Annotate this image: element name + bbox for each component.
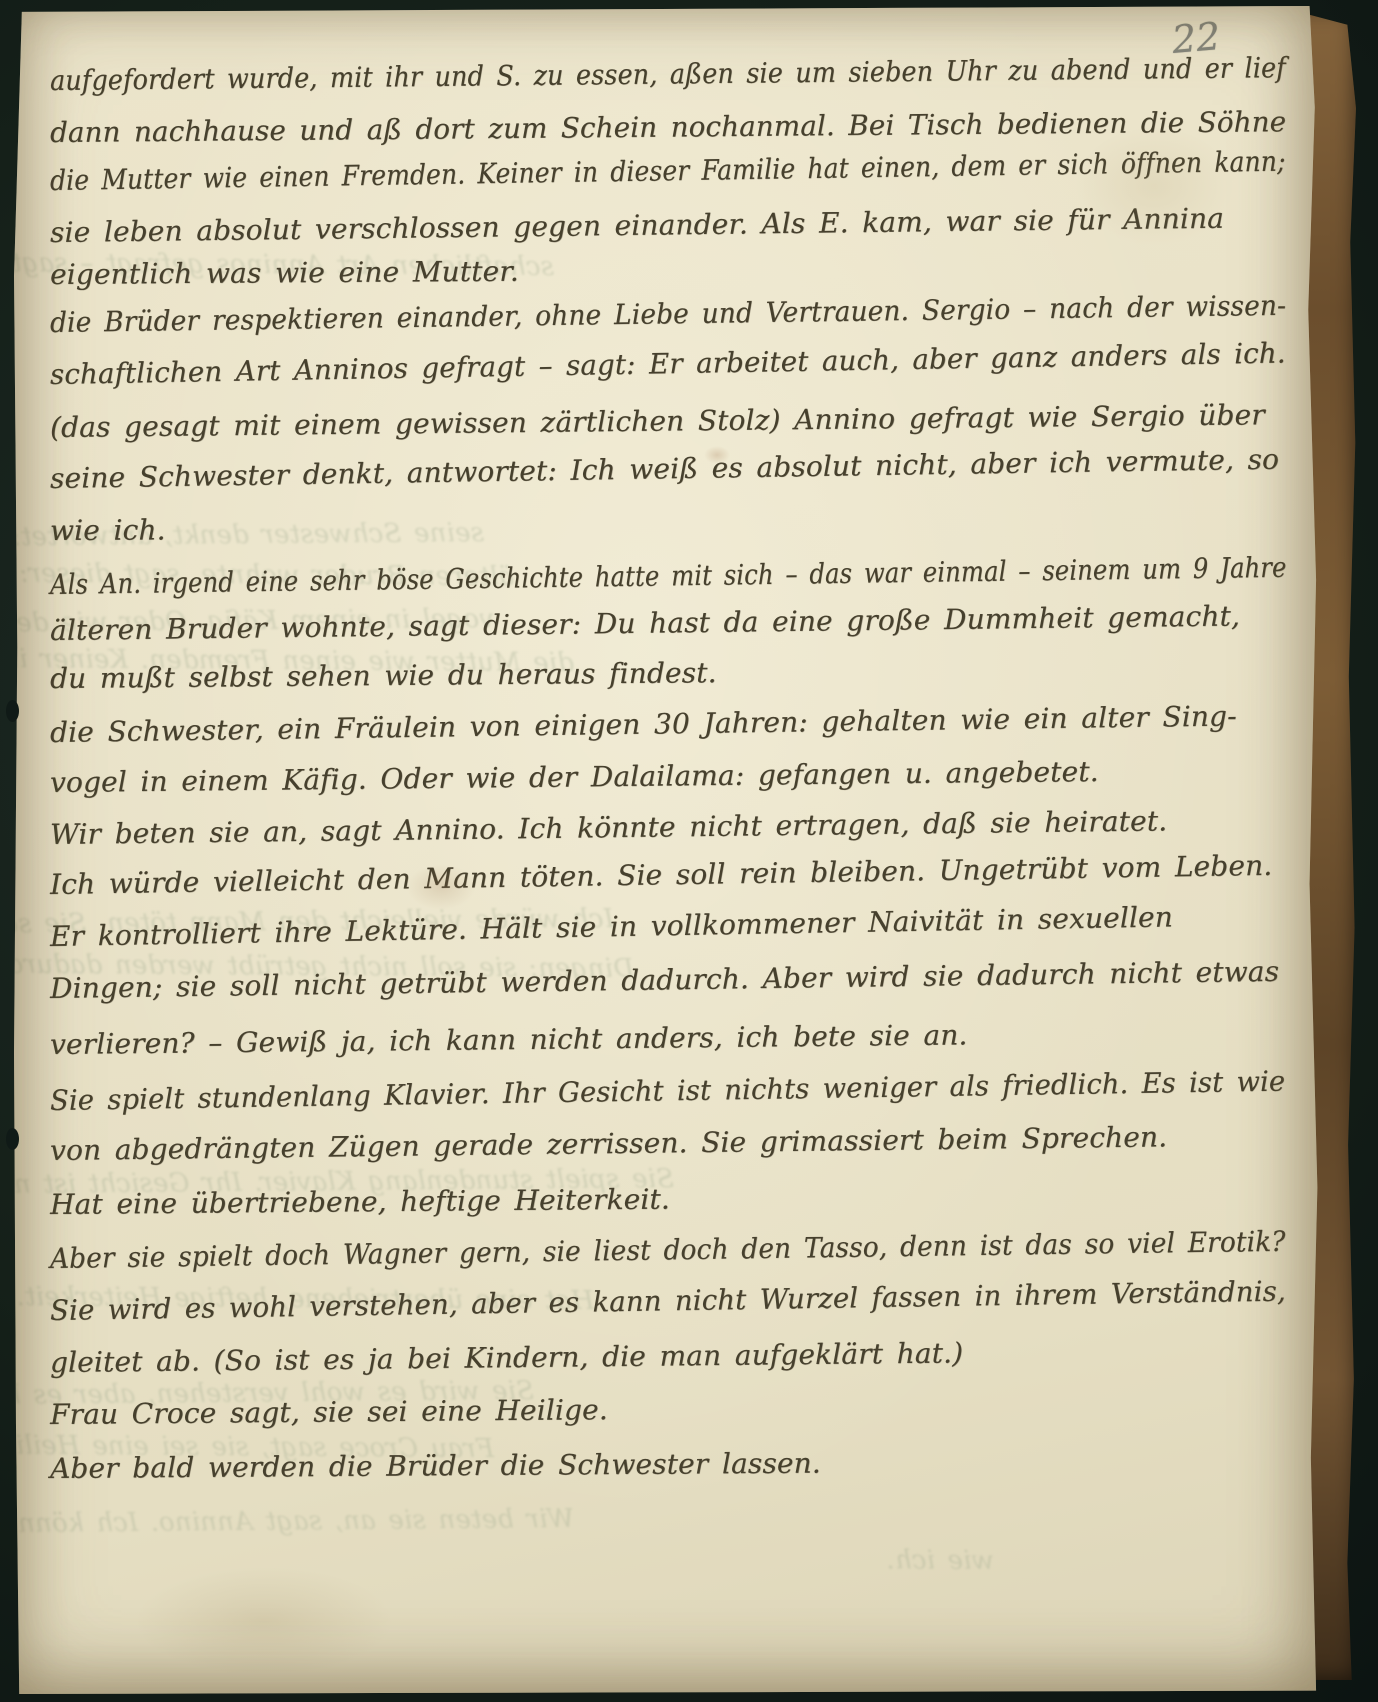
handwriting-line: Dingen; sie soll nicht getrübt werden da… <box>50 955 1280 1006</box>
handwriting-line: die Schwester, ein Fräulein von einigen … <box>50 699 1237 750</box>
handwriting-line: vogel in einem Käfig. Oder wie der Dalai… <box>50 755 1099 800</box>
handwriting-line: Ich würde vielleicht den Mann töten. Sie… <box>50 849 1273 902</box>
handwriting-text-block: aufgefordert wurde, mit ihr und S. zu es… <box>50 6 1292 1694</box>
handwriting-line: Wir beten sie an, sagt Annino. Ich könnt… <box>50 804 1168 852</box>
handwriting-line: aufgefordert wurde, mit ihr und S. zu es… <box>50 51 1286 98</box>
handwriting-line: von abgedrängten Zügen gerade zerrissen.… <box>50 1120 1168 1168</box>
handwriting-line: du mußt selbst sehen wie du heraus finde… <box>50 656 717 696</box>
handwriting-line: Als An. irgend eine sehr böse Geschichte… <box>50 551 1287 602</box>
handwriting-line: Hat eine übertriebene, heftige Heiterkei… <box>50 1183 670 1222</box>
manuscript-page: schaftlichen Art Anninos gefragt – sagt:… <box>14 6 1320 1694</box>
handwriting-line: schaftlichen Art Anninos gefragt – sagt:… <box>50 336 1286 392</box>
handwriting-line: älteren Bruder wohnte, sagt dieser: Du h… <box>50 599 1240 648</box>
handwriting-line: Sie spielt stundenlang Klavier. Ihr Gesi… <box>50 1065 1286 1118</box>
page-edge-notch <box>6 1128 19 1150</box>
handwriting-line: seine Schwester denkt, antwortet: Ich we… <box>50 443 1280 496</box>
handwriting-line: sie leben absolut verschlossen gegen ein… <box>50 202 1224 250</box>
handwriting-line: Aber sie spielt doch Wagner gern, sie li… <box>50 1225 1286 1276</box>
handwriting-line: die Brüder respektieren einander, ohne L… <box>50 289 1287 340</box>
handwriting-line: Er kontrolliert ihre Lektüre. Hält sie i… <box>50 900 1174 954</box>
handwriting-line: eigentlich was wie eine Mutter. <box>50 255 519 292</box>
handwriting-line: dann nachhause und aß dort zum Schein no… <box>50 105 1286 150</box>
handwriting-line: Sie wird es wohl verstehen, aber es kann… <box>50 1275 1286 1328</box>
page-edge-notch <box>6 700 19 722</box>
handwriting-line: Aber bald werden die Brüder die Schweste… <box>50 1447 821 1486</box>
handwriting-line: Frau Croce sagt, sie sei eine Heilige. <box>50 1393 608 1432</box>
handwriting-line: (das gesagt mit einem gewissen zärtliche… <box>50 398 1265 445</box>
handwriting-line: verlieren? – Gewiß ja, ich kann nicht an… <box>50 1018 968 1062</box>
photograph-backdrop: schaftlichen Art Anninos gefragt – sagt:… <box>0 0 1378 1702</box>
handwriting-line: gleitet ab. (So ist es ja bei Kindern, d… <box>50 1336 964 1380</box>
handwriting-line: die Mutter wie einen Fremden. Keiner in … <box>50 145 1286 198</box>
handwriting-line: wie ich. <box>50 513 166 548</box>
